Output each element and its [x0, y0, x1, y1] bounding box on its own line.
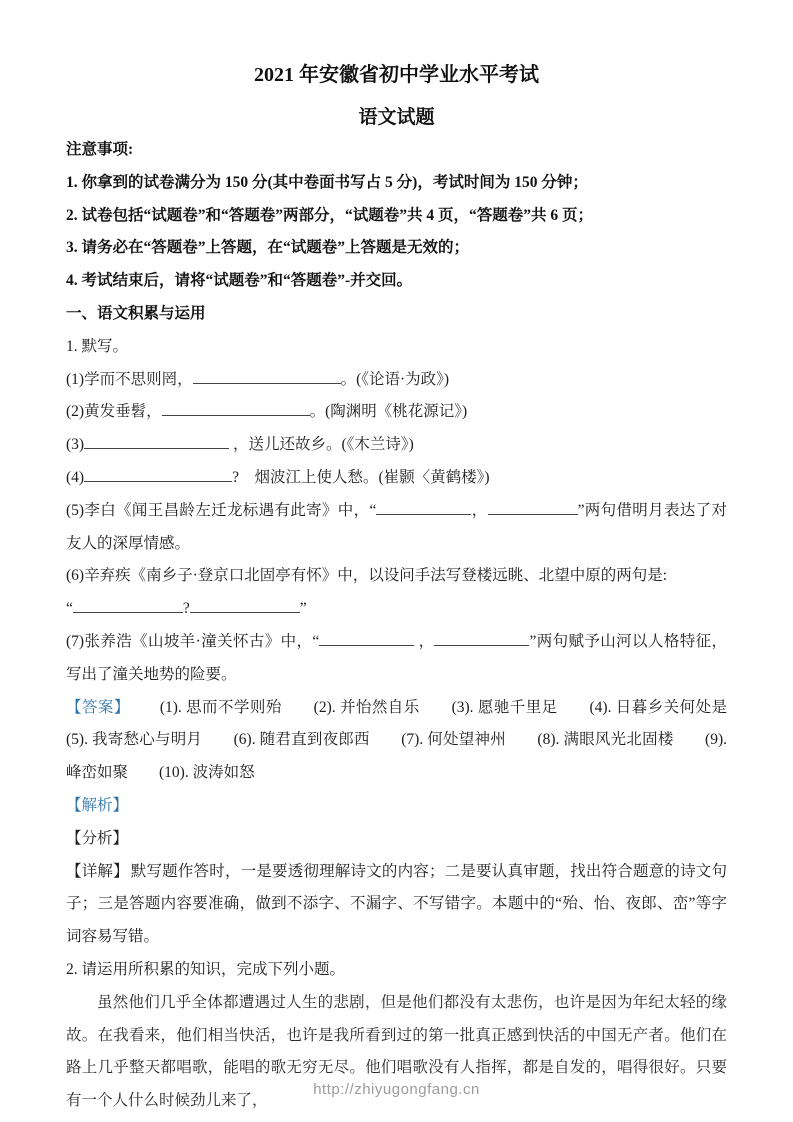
answer-content: (1). 思而不学则殆 (2). 并怡然自乐 (3). 愿驰千里足 (4). 日…: [66, 699, 758, 782]
answer-blank: [319, 630, 414, 646]
xiangjie-text: 默写题作答时，一是要透彻理解诗文的内容；二是要认真审题，找出符合题意的诗文句子；…: [66, 863, 727, 946]
answer-blank: [376, 499, 471, 515]
q1-line-1: (1)学而不思则罔，。(《论语·为政》): [66, 364, 727, 397]
q1-line-4-post: ? 烟波江上使人愁。(崔颢〈黄鹤楼》): [232, 469, 489, 486]
q1-line-6b-post: ”: [300, 600, 307, 617]
q1-line-5-pre: (5)李白《闻王昌龄左迁龙标遇有此寄》中，“: [66, 502, 376, 519]
q1-line-4-pre: (4): [66, 469, 84, 486]
q1-line-3: (3) ，送儿还故乡。(《木兰诗》): [66, 429, 727, 462]
notice-heading: 注意事项:: [66, 134, 727, 167]
q1-line-6a: (6)辛弃疾《南乡子·登京口北固亭有怀》中，以设问手法写登楼远眺、北望中原的两句…: [66, 560, 727, 593]
answer-block: 【答案】(1). 思而不学则殆 (2). 并怡然自乐 (3). 愿驰千里足 (4…: [66, 692, 727, 790]
q1-line-4: (4)? 烟波江上使人愁。(崔颢〈黄鹤楼》): [66, 462, 727, 495]
xiangjie-label: 【详解】: [66, 863, 129, 880]
answer-blank: [73, 597, 183, 613]
q1-line-3-post: ，送儿还故乡。(《木兰诗》): [229, 436, 414, 453]
q1-line-6b: “?”: [66, 593, 727, 626]
answer-blank: [84, 466, 232, 482]
answer-blank: [84, 433, 229, 449]
q1-line-6b-pre: “: [66, 600, 73, 617]
q2-stem: 2. 请运用所积累的知识，完成下列小题。: [66, 954, 727, 987]
q1-line-2-pre: (2)黄发垂髫，: [66, 403, 162, 420]
answer-blank: [434, 630, 529, 646]
q1-line-6b-mid: ?: [183, 600, 190, 617]
q1-line-7: (7)张养浩《山坡羊·潼关怀古》中，“ ，”两句赋予山河以人格特征，写出了潼关地…: [66, 626, 727, 692]
q1-line-7-pre: (7)张养浩《山坡羊·潼关怀古》中，“: [66, 633, 319, 650]
section-heading: 一、语文积累与运用: [66, 298, 727, 331]
q1-line-5-mid: ，: [471, 502, 487, 519]
page-title: 2021 年安徽省初中学业水平考试: [66, 60, 727, 90]
jiexi-label: 【解析】: [66, 797, 128, 814]
notice-item-1: 1. 你拿到的试卷满分为 150 分(其中卷面书写占 5 分)，考试时间为 15…: [66, 167, 727, 200]
q1-line-1-pre: (1)学而不思则罔，: [66, 371, 193, 388]
exam-document: 2021 年安徽省初中学业水平考试 语文试题 注意事项: 1. 你拿到的试卷满分…: [0, 0, 793, 1118]
q1-line-2-post: 。(陶渊明《桃花源记》): [310, 403, 468, 420]
q1-line-1-post: 。(《论语·为政》): [341, 371, 450, 388]
answer-label: 【答案】: [66, 699, 130, 716]
answer-blank: [193, 368, 341, 384]
xiangjie-block: 【详解】默写题作答时，一是要透彻理解诗文的内容；二是要认真审题，找出符合题意的诗…: [66, 856, 727, 954]
answer-blank: [162, 400, 310, 416]
q1-stem: 1. 默写。: [66, 331, 727, 364]
q1-line-7-mid: ，: [414, 633, 434, 650]
q1-line-2: (2)黄发垂髫，。(陶渊明《桃花源记》): [66, 396, 727, 429]
answer-blank: [190, 597, 300, 613]
q1-line-3-pre: (3): [66, 436, 84, 453]
fenxi-block: 【分析】: [66, 823, 727, 856]
q1-line-5: (5)李白《闻王昌龄左迁龙标遇有此寄》中，“，”两句借明月表达了对友人的深厚情感…: [66, 495, 727, 561]
notice-item-2: 2. 试卷包括“试题卷”和“答题卷”两部分，“试题卷”共 4 页，“答题卷”共 …: [66, 200, 727, 233]
answer-blank: [488, 499, 578, 515]
q2-passage: 虽然他们几乎全体都遭遇过人生的悲剧，但是他们都没有太悲伤，也许是因为年纪太轻的缘…: [66, 987, 727, 1118]
jiexi-block: 【解析】: [66, 790, 727, 823]
page-subtitle: 语文试题: [66, 102, 727, 134]
watermark-url: http://zhiyugongfang.cn: [0, 1081, 793, 1098]
notice-item-3: 3. 请务必在“答题卷”上答题，在“试题卷”上答题是无效的；: [66, 232, 727, 265]
notice-item-4: 4. 考试结束后，请将“试题卷”和“答题卷”-并交回。: [66, 265, 727, 298]
fenxi-label: 【分析】: [66, 830, 128, 847]
